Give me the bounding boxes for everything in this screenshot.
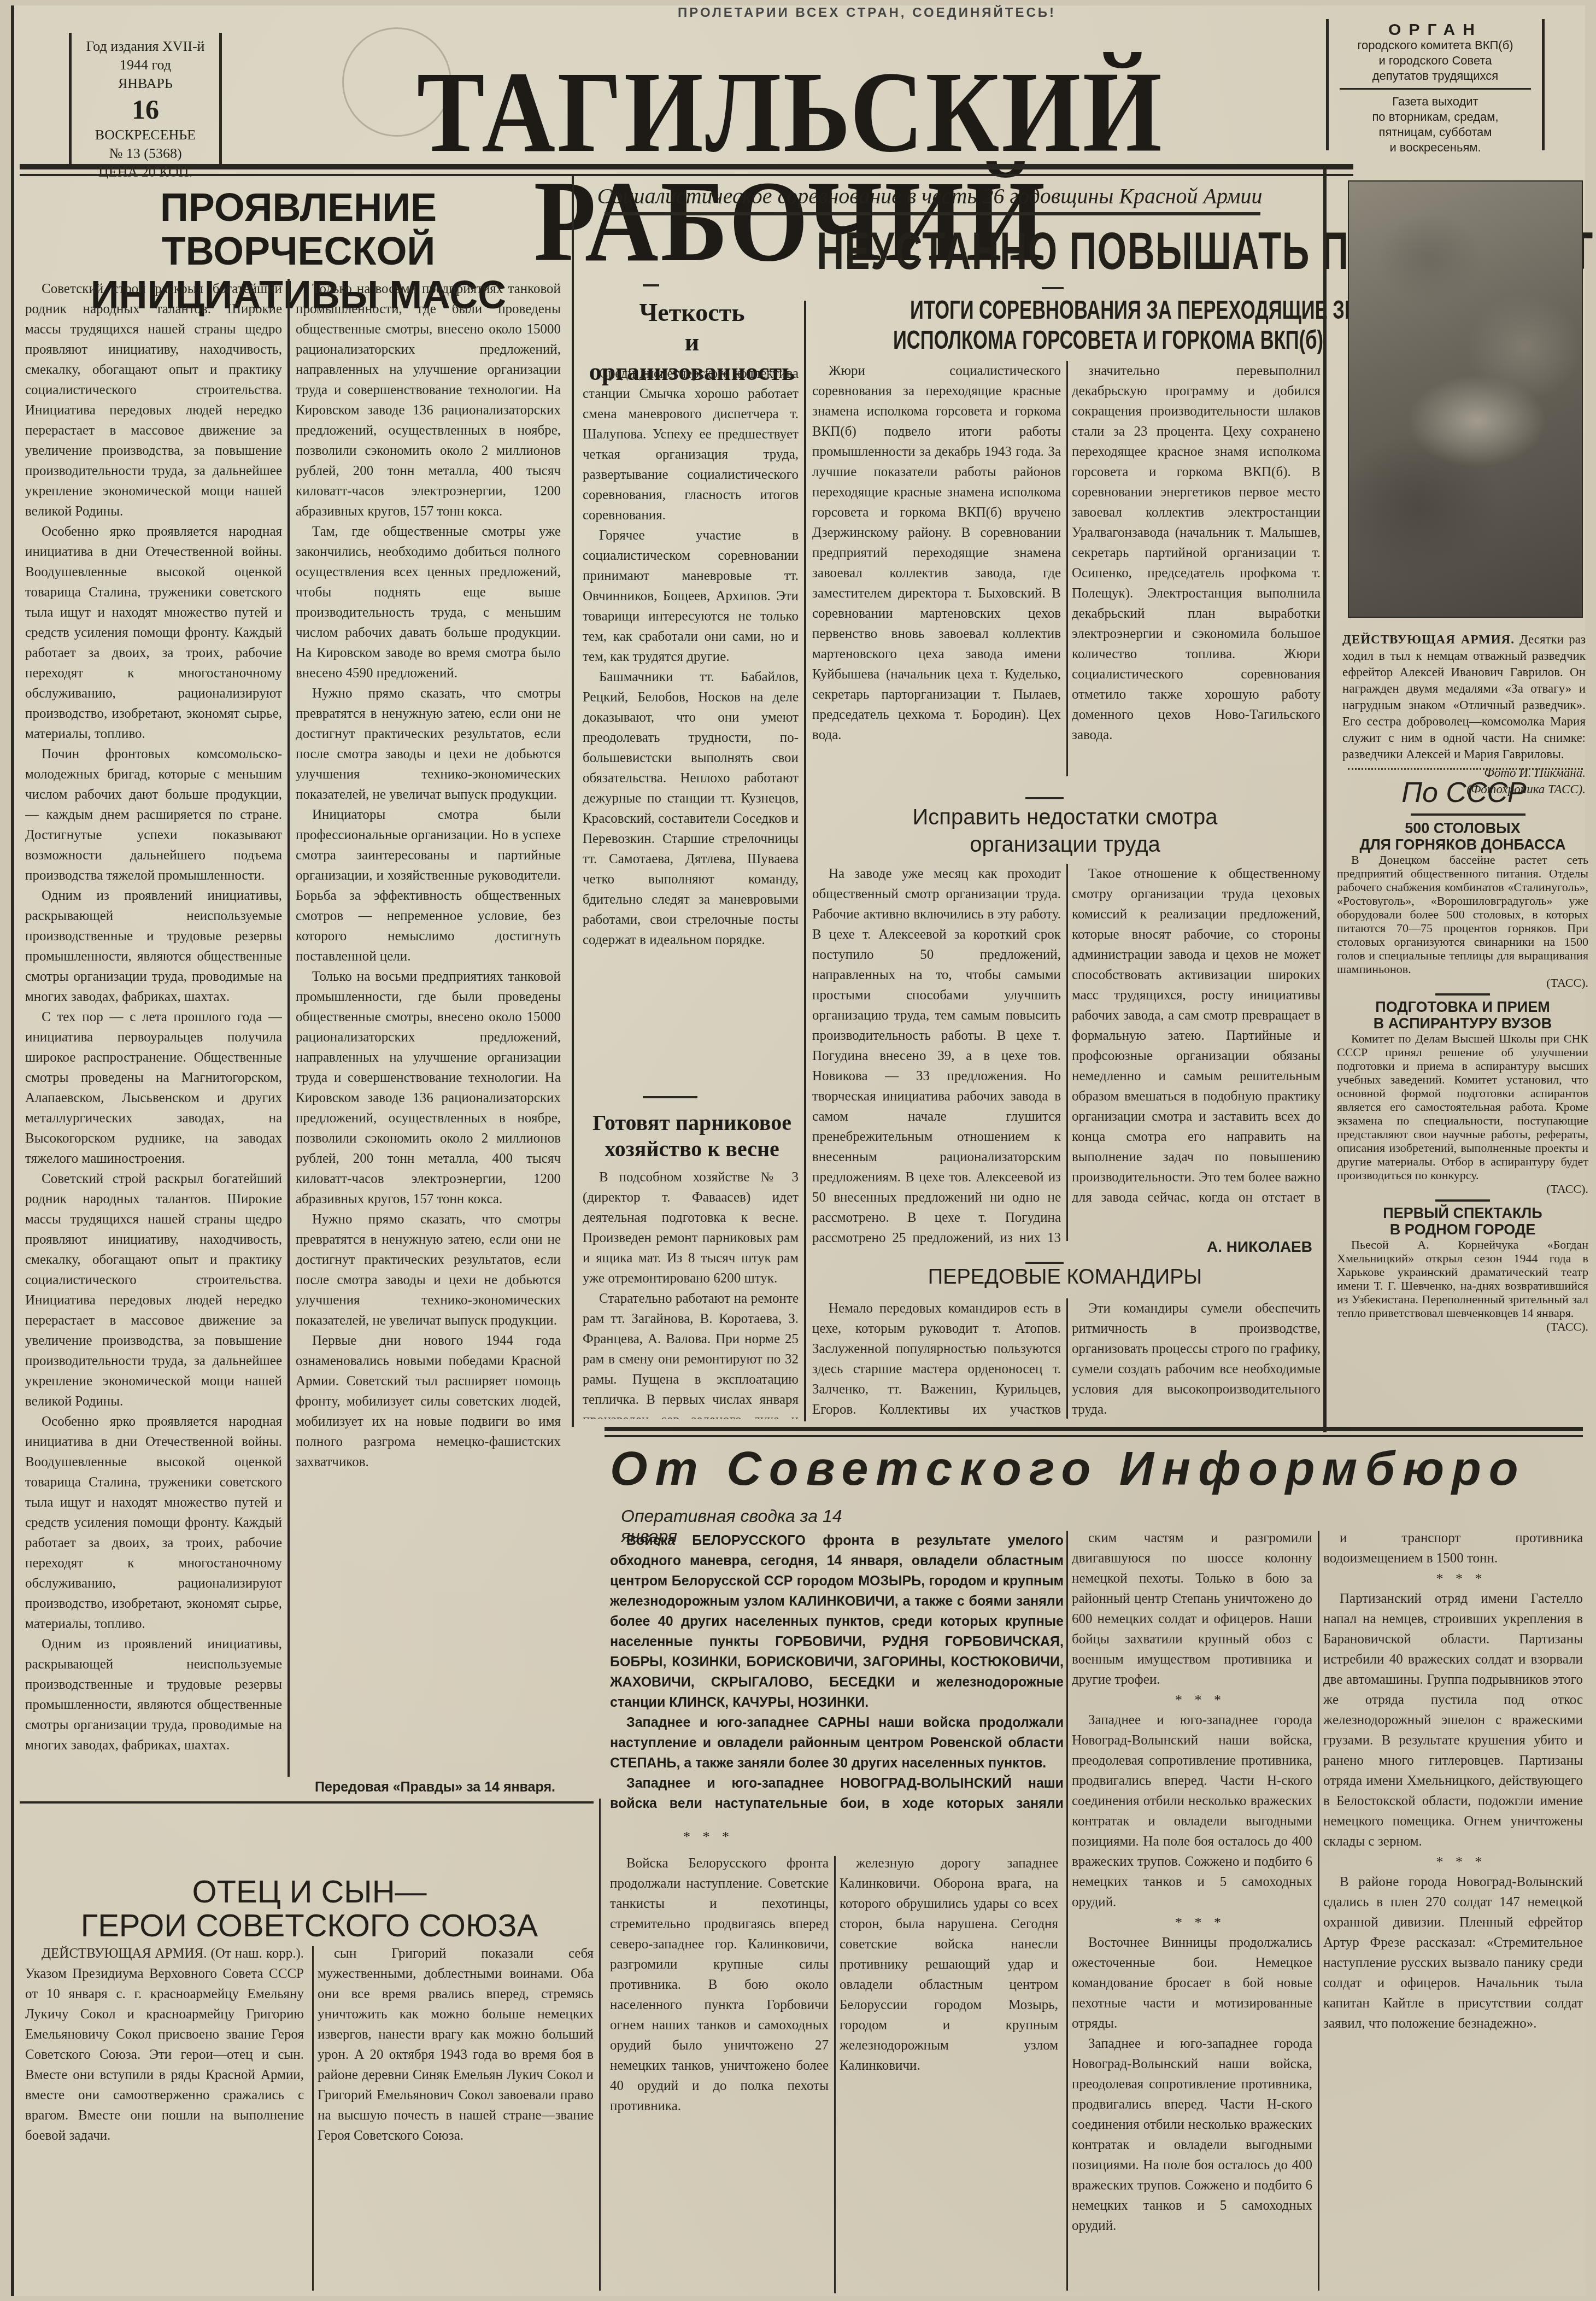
top-slogan: ПРОЛЕТАРИИ ВСЕХ СТРАН, СОЕДИНЯЙТЕСЬ! [594,5,1140,21]
month: ЯНВАРЬ [72,74,219,93]
organ-line: и городского Совета [1329,53,1542,68]
paragraph: Там, где общественные смотры уже закончи… [296,522,561,683]
paragraph: Горячее участие в социалистическом сорев… [583,525,799,667]
paragraph: Западнее и юго-западнее города Новоград-… [1072,2034,1312,2236]
divider [643,284,659,286]
day: 16 [72,93,219,126]
news-source: (ТАСС). [1337,1182,1588,1196]
subtitle-underline [605,212,1260,215]
stars-separator: * * * [1072,1690,1312,1710]
banners-column-2: значительно перевыполнил декабрьскую про… [1072,361,1321,776]
news-source: (ТАСС). [1337,1320,1588,1334]
section-underline [1411,813,1525,816]
sovinformburo-column-b: железную дорогу западнее Калинковичи. Об… [840,1853,1058,2291]
masthead-rule [20,174,1353,176]
section-rule [20,1801,594,1804]
heroes-column-1: ДЕЙСТВУЮЩАЯ АРМИЯ. (От наш. корр.). Указ… [25,1943,304,2293]
paragraph: Восточнее Винницы продолжались ожесточен… [1072,1933,1312,2034]
schedule-line: пятницам, субботам [1329,125,1542,140]
news-item: 500 СТОЛОВЫХ ДЛЯ ГОРНЯКОВ ДОНБАССА В Дон… [1337,820,1588,990]
column-divider [804,301,806,1421]
caption-text: Десятки раз ходил в тыл к немцам отважны… [1342,633,1586,761]
paragraph: Старательно работают на ремонте рам тт. … [583,1289,799,1419]
paragraph: С тех пор — с лета прошлого года — иници… [25,1007,282,1169]
year: 1944 год [72,56,219,74]
editorial-source: Передовая «Правды» за 14 января. [309,1779,555,1795]
paragraph: Западнее и юго-западнее города Новоград-… [1072,1710,1312,1912]
date-box: Год издания XVII-й 1944 год ЯНВАРЬ 16 ВО… [69,33,222,164]
headline-line: ИСПОЛКОМА ГОРСОВЕТА И ГОРКОМА ВКП(б) [893,325,1323,355]
review-column-2: Такое отношение к общественному смотру о… [1072,864,1321,1203]
column-divider [1066,1298,1068,1419]
news-text: В Донецком бассейне растет сеть предприя… [1337,853,1588,976]
competition-subtitle: Социалистическое соревнование в честь 26… [594,183,1266,209]
news-text: Пьесой А. Корнейчука «Богдан Хмельницкий… [1337,1238,1588,1320]
schedule-line: по вторникам, средам, [1329,109,1542,125]
column-divider [1066,1531,1068,2291]
banners-column-1: Жюри социалистического соревнования за п… [812,361,1061,793]
divider [1025,797,1064,799]
headline-line: ГЕРОИ СОВЕТСКОГО СОЮЗА [36,1909,583,1943]
paragraph: Западнее и юго-западнее САРНЫ наши войск… [610,1713,1064,1773]
issue-number: № 13 (5368) [72,144,219,163]
competition-headline-wrap: НЕУСТАННО ПОВЫШАТЬ ПРОИЗВОДИТЕЛЬНОСТЬ ТР… [594,221,1282,282]
newspaper-page: Год издания XVII-й 1944 год ЯНВАРЬ 16 ВО… [11,5,1585,2296]
masthead-rule [20,164,1353,169]
column-divider [834,1856,836,2293]
divider [1435,993,1490,996]
paragraph: Среди диспетчерского коллектива станции … [583,364,799,525]
divider [1042,287,1064,289]
paragraph: Советский строй раскрыл богатейший родни… [25,1169,282,1412]
news-headline: В РОДНОМ ГОРОДЕ [1337,1221,1588,1238]
stars-separator: * * * [1323,1568,1583,1589]
editorial-column-1: Советский строй раскрыл богатейший родни… [25,279,282,1755]
review-byline: А. НИКОЛАЕВ [1072,1238,1312,1256]
news-headline: 500 СТОЛОВЫХ [1337,820,1588,836]
column-divider [1323,169,1327,1432]
news-headline: ДЛЯ ГОРНЯКОВ ДОНБАССА [1337,836,1588,853]
photo-caption: ДЕЙСТВУЮЩАЯ АРМИЯ. Десятки раз ходил в т… [1342,631,1586,798]
headline-line: Готовят парниковое [583,1110,801,1136]
column-divider [312,1946,314,2291]
commanders-column-1: Немало передовых командиров есть в цехе,… [812,1298,1061,1421]
headline-line: организации труда [809,831,1321,858]
news-item: ПЕРВЫЙ СПЕКТАКЛЬ В РОДНОМ ГОРОДЕ Пьесой … [1337,1205,1588,1334]
photo-scouts [1348,180,1583,618]
column-divider [1066,361,1068,776]
news-source: (ТАСС). [1337,976,1588,990]
stars-separator: * * * [1323,1852,1583,1872]
weekday: ВОСКРЕСЕНЬЕ [72,126,219,144]
editorial-column-2: Только на восьми предприятиях танковой п… [296,279,561,1766]
paragraph: Одним из проявлений инициативы, раскрыва… [25,886,282,1007]
heroes-column-2: сын Григорий показали себя мужественными… [318,1943,594,2293]
sovinformburo-column-d: и транспорт противника водоизмещением в … [1323,1528,1583,2291]
paragraph: Нужно прямо сказать, что смотры превратя… [296,1209,561,1331]
paragraph: Первые дни нового 1944 года ознаменовали… [296,1331,561,1472]
caption-lead: ДЕЙСТВУЮЩАЯ АРМИЯ. [1342,633,1515,646]
organ-divider [1340,88,1531,90]
headline-line: хозяйство к весне [583,1136,801,1162]
column-divider [1066,864,1068,1241]
paragraph: Нужно прямо сказать, что смотры превратя… [296,683,561,805]
clarity-text: Среди диспетчерского коллектива станции … [583,364,799,1052]
headline-line: Исправить недостатки смотра [809,804,1321,831]
stars-separator: * * * [610,1829,807,1845]
sovinformburo-column-c: ским частям и разгромили двигавшуюся по … [1072,1528,1312,2291]
news-headline: В АСПИРАНТУРУ ВУЗОВ [1337,1015,1588,1032]
column-divider [599,1799,601,2291]
column-divider [1318,1531,1319,2291]
sovinformburo-summary: Войска БЕЛОРУССКОГО фронта в результате … [610,1531,1064,1815]
ussr-news-list: 500 СТОЛОВЫХ ДЛЯ ГОРНЯКОВ ДОНБАССА В Дон… [1337,820,1588,1334]
news-text: Комитет по Делам Высшей Школы при СНК СС… [1337,1032,1588,1182]
paragraph: Только на восьми предприятиях танковой п… [296,967,561,1209]
paragraph: Особенно ярко проявляется народная иници… [25,522,282,744]
review-column-1: На заводе уже месяц как проходит обществ… [812,864,1061,1246]
commanders-column-2: Эти командиры сумели обеспечить ритмично… [1072,1298,1321,1421]
headline-line: Четкость [588,298,796,327]
paragraph: Особенно ярко проявляется народная иници… [25,1412,282,1634]
paragraph: Инициаторы смотра были профессиональные … [296,805,561,967]
greenhouse-headline: Готовят парниковое хозяйство к весне [583,1110,801,1162]
stars-separator: * * * [1072,1912,1312,1933]
banners-headline: ИТОГИ СОРЕВНОВАНИЯ ЗА ПЕРЕХОДЯЩИЕ ЗНАМЕН… [809,295,1321,355]
organ-line: депутатов трудящихся [1329,68,1542,84]
news-headline: ПОДГОТОВКА И ПРИЕМ [1337,999,1588,1015]
sovinformburo-column-a: Войска Белорусского фронта продолжали на… [610,1853,829,2291]
schedule-line: Газета выходит [1329,94,1542,109]
divider [643,1096,697,1098]
wavy-divider [1348,768,1583,770]
news-item: ПОДГОТОВКА И ПРИЕМ В АСПИРАНТУРУ ВУЗОВ К… [1337,999,1588,1196]
paragraph: ским частям и разгромили двигавшуюся по … [1072,1528,1312,1690]
headline-line: ПРОЯВЛЕНИЕ ТВОРЧЕСКОЙ [36,186,561,273]
greenhouse-text: В подсобном хозяйстве № 3 (директор т. Ф… [583,1167,799,1419]
divider [1025,1262,1064,1264]
column-divider [287,279,290,1777]
news-headline: ПЕРВЫЙ СПЕКТАКЛЬ [1337,1205,1588,1221]
ussr-section-title: По СССР [1342,776,1586,809]
divider [1435,1199,1490,1202]
organ-title: ОРГАН [1329,22,1542,38]
commanders-headline: ПЕРЕДОВЫЕ КОМАНДИРЫ [809,1266,1321,1289]
section-rule [605,1435,1583,1437]
paragraph: Партизанский отряд имени Гастелло напал … [1323,1589,1583,1852]
paragraph: Западнее и юго-западнее НОВОГРАД-ВОЛЫНСК… [610,1773,1064,1815]
paragraph: Одним из проявлений инициативы, раскрыва… [25,1634,282,1755]
organ-box: ОРГАН городского комитета ВКП(б) и город… [1326,19,1545,150]
schedule-line: и воскресеньям. [1329,140,1542,155]
sovinformburo-title: От Советского Информбюро [610,1441,1539,1496]
paragraph: Советский строй раскрыл богатейший родни… [25,279,282,522]
organ-line: городского комитета ВКП(б) [1329,38,1542,53]
paragraph: В подсобном хозяйстве № 3 (директор т. Ф… [583,1167,799,1289]
paragraph: Только на восьми предприятиях танковой п… [296,279,561,522]
paragraph: и транспорт противника водоизмещением в … [1323,1528,1583,1568]
year-of-publication: Год издания XVII-й [72,37,219,56]
column-divider [572,175,574,1427]
paragraph: Войска БЕЛОРУССКОГО фронта в результате … [610,1531,1064,1713]
paragraph: В районе города Новоград-Волынский сдали… [1323,1872,1583,2034]
paragraph: Почин фронтовых комсомольско-молодежных … [25,744,282,886]
section-rule [605,1427,1583,1431]
paragraph: Башмачники тт. Бабайлов, Рецкий, Белобов… [583,667,799,950]
review-headline: Исправить недостатки смотра организации … [809,804,1321,858]
headline-line: ОТЕЦ И СЫН— [36,1875,583,1909]
heroes-headline: ОТЕЦ И СЫН— ГЕРОИ СОВЕТСКОГО СОЮЗА [36,1875,583,1943]
